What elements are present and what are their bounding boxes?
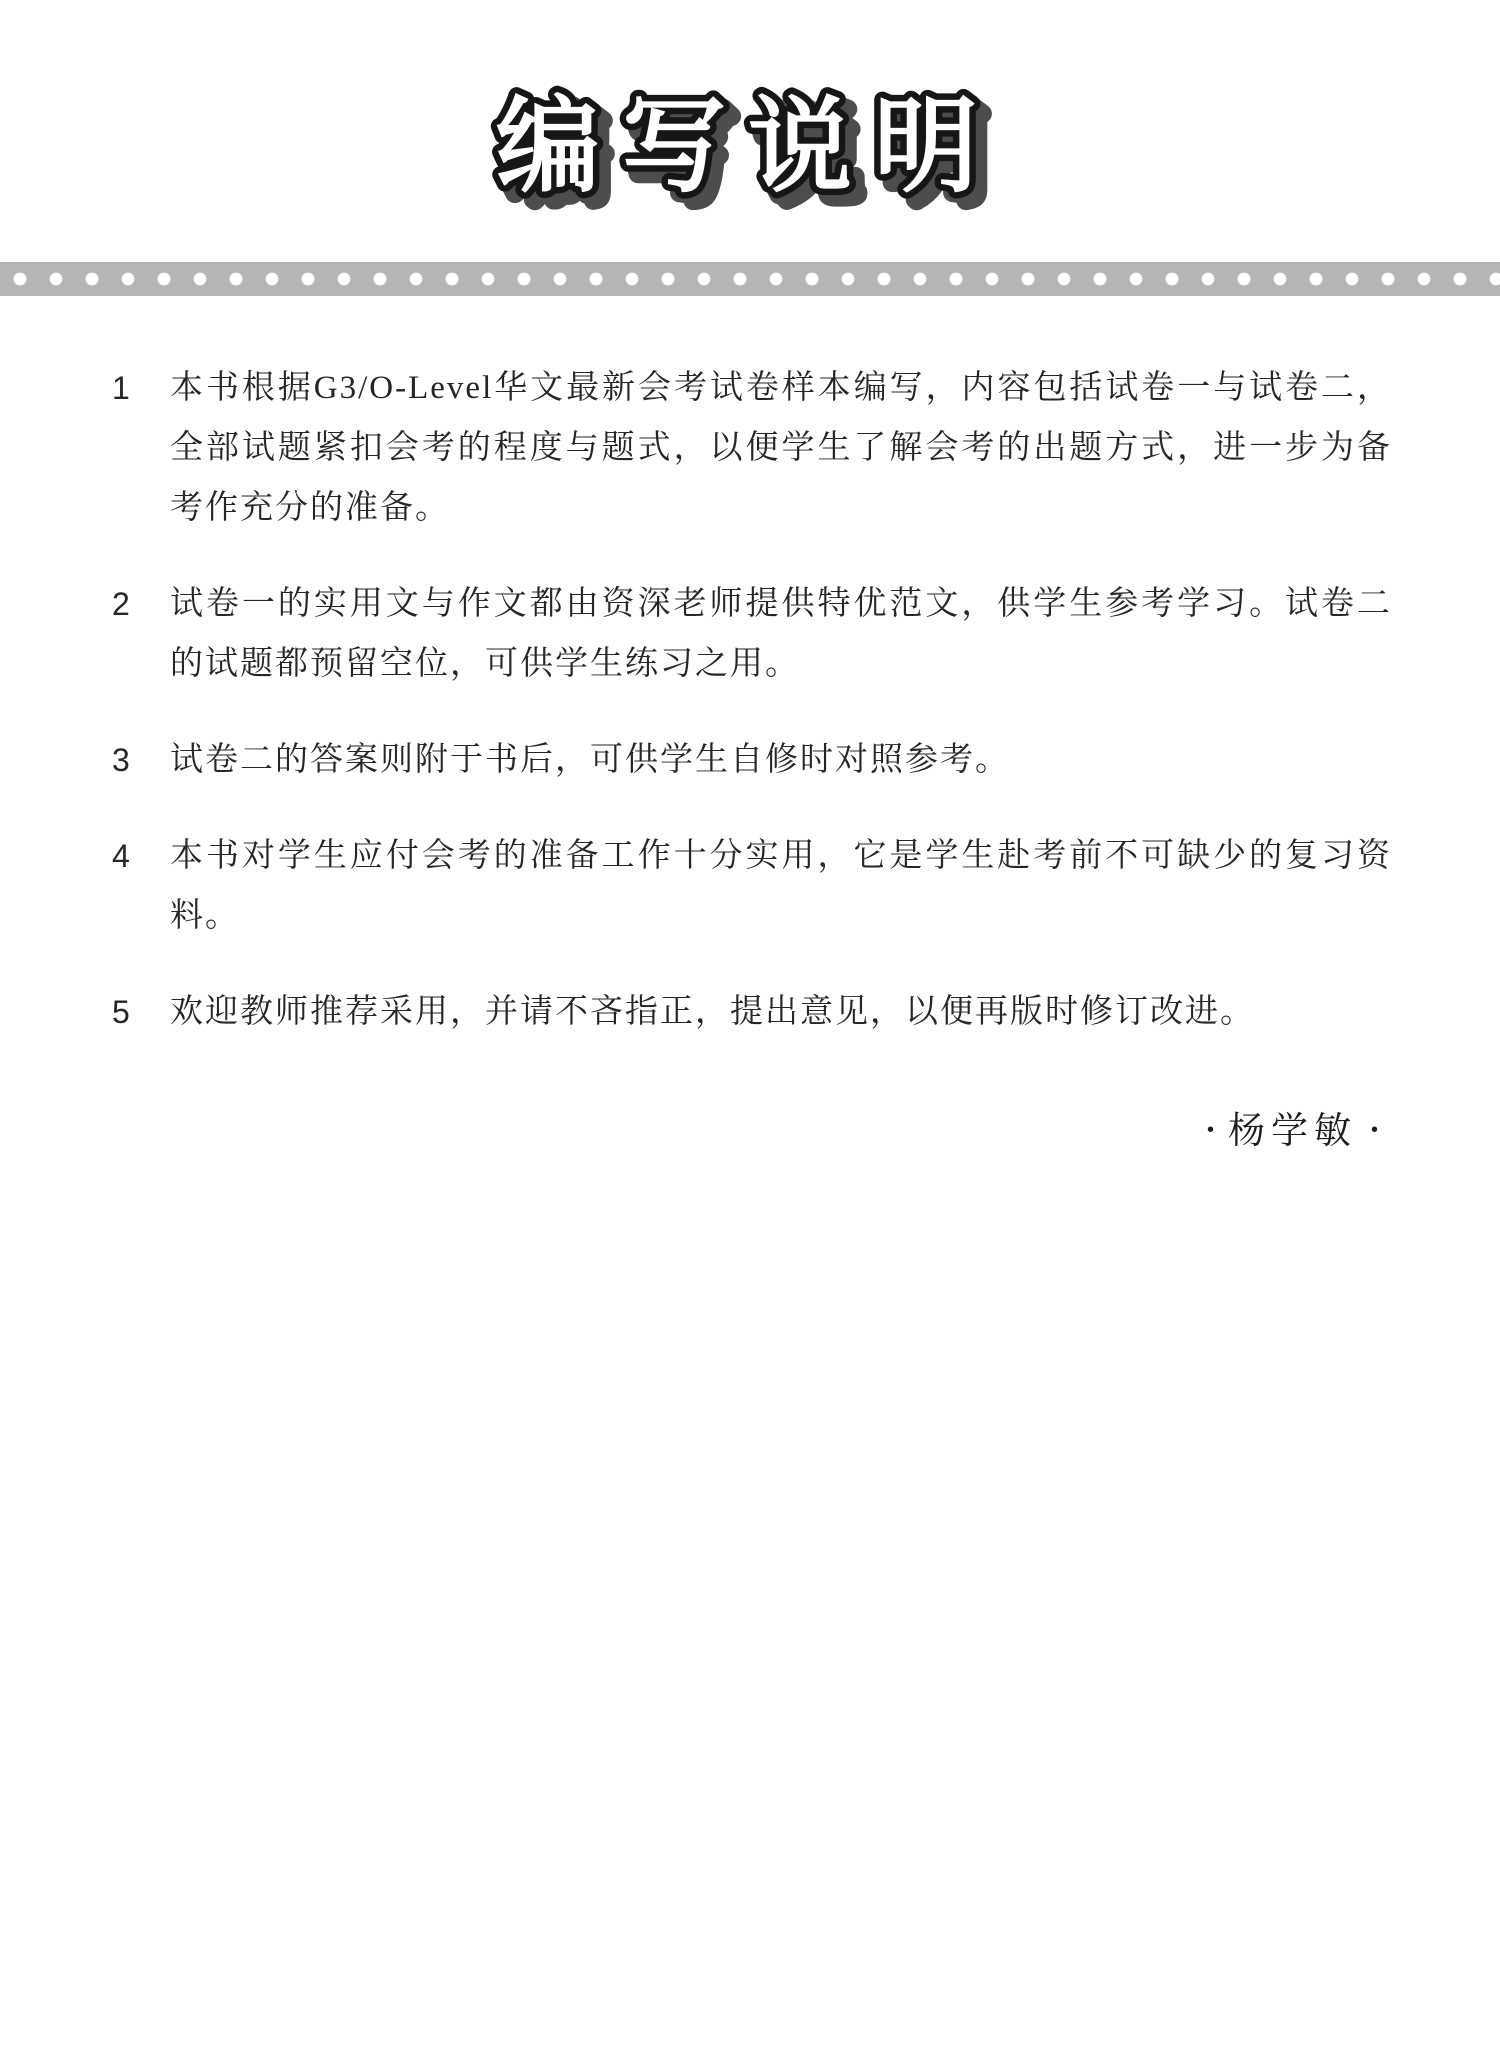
list-item: 2 试卷一的实用文与作文都由资深老师提供特优范文，供学生参考学习。试卷二的试题都… — [112, 574, 1392, 694]
item-number: 1 — [112, 358, 170, 538]
item-text: 试卷二的答案则附于书后，可供学生自修时对照参考。 — [170, 730, 1392, 790]
item-number: 4 — [112, 826, 170, 946]
decorative-title-graphic: 编写说明 编写说明 — [360, 54, 1140, 244]
author-bullet-right: • — [1371, 1119, 1378, 1142]
item-text: 本书对学生应付会考的准备工作十分实用，它是学生赴考前不可缺少的复习资料。 — [170, 826, 1392, 946]
author-bullet-left: • — [1207, 1119, 1214, 1142]
author-name: 杨学敏 — [1228, 1110, 1357, 1151]
list-item: 5 欢迎教师推荐采用，并请不吝指正，提出意见，以便再版时修订改进。 — [112, 982, 1392, 1042]
author-attribution: •杨学敏• — [112, 1100, 1392, 1154]
item-number: 5 — [112, 982, 170, 1042]
item-text: 欢迎教师推荐采用，并请不吝指正，提出意见，以便再版时修订改进。 — [170, 982, 1392, 1042]
item-number: 3 — [112, 730, 170, 790]
list-item: 1 本书根据G3/O-Level华文最新会考试卷样本编写，内容包括试卷一与试卷二… — [112, 358, 1392, 538]
page-header: 编写说明 编写说明 — [0, 0, 1500, 262]
item-text: 本书根据G3/O-Level华文最新会考试卷样本编写，内容包括试卷一与试卷二，全… — [170, 358, 1392, 538]
preface-body: 1 本书根据G3/O-Level华文最新会考试卷样本编写，内容包括试卷一与试卷二… — [0, 296, 1500, 1154]
list-item: 4 本书对学生应付会考的准备工作十分实用，它是学生赴考前不可缺少的复习资料。 — [112, 826, 1392, 946]
page-title: 编写说明 — [496, 85, 1000, 207]
item-number: 2 — [112, 574, 170, 694]
item-text: 试卷一的实用文与作文都由资深老师提供特优范文，供学生参考学习。试卷二的试题都预留… — [170, 574, 1392, 694]
list-item: 3 试卷二的答案则附于书后，可供学生自修时对照参考。 — [112, 730, 1392, 790]
dotted-divider-band — [0, 262, 1500, 296]
